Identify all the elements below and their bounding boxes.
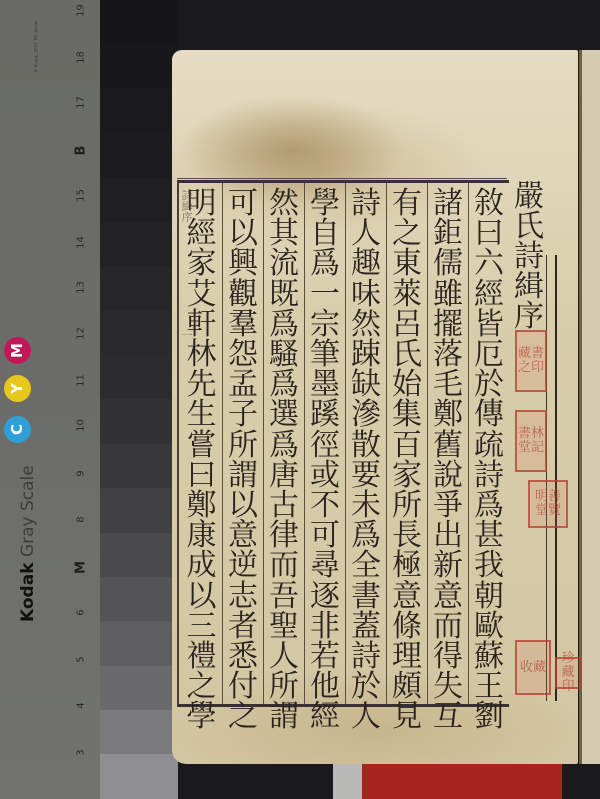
character: 墨 (310, 370, 340, 400)
character: 觀 (228, 280, 258, 310)
character: 滲 (351, 400, 381, 430)
character: 以 (228, 491, 258, 521)
character: 理 (392, 642, 422, 672)
character: 全 (351, 551, 381, 581)
scale-tick: 11 (76, 370, 87, 392)
gray-step (100, 577, 178, 621)
character: 非 (310, 612, 340, 642)
character: 厄 (474, 340, 504, 370)
kodak-gray-scale-label: Kodak Gray Scale (18, 502, 38, 622)
margin-note-page: 一 (180, 330, 194, 341)
title-character: 嚴 (514, 182, 544, 212)
character: 見 (392, 702, 422, 732)
character: 始 (392, 370, 422, 400)
character: 唐 (269, 461, 299, 491)
character: 生 (187, 400, 217, 430)
character: 古 (269, 491, 299, 521)
color-patch-c: C (4, 416, 31, 443)
character: 爲 (474, 491, 504, 521)
character: 流 (269, 249, 299, 279)
character: 頗 (392, 672, 422, 702)
frame-top-rule (177, 178, 507, 179)
character: 趣 (351, 249, 381, 279)
character: 之 (228, 702, 258, 732)
red-seal-stamp: 書林堂記 (515, 410, 547, 472)
character: 於 (474, 370, 504, 400)
character: 康 (187, 521, 217, 551)
character: 之 (392, 219, 422, 249)
character: 成 (187, 551, 217, 581)
character: 徑 (310, 431, 340, 461)
character: 尋 (310, 551, 340, 581)
character: 宗 (310, 310, 340, 340)
margin-character: 序 (182, 212, 193, 223)
gray-step (100, 710, 178, 754)
character: 曰 (187, 461, 217, 491)
character: 然 (269, 189, 299, 219)
character: 學 (187, 702, 217, 732)
character: 互 (433, 702, 463, 732)
character: 騷 (269, 340, 299, 370)
scale-tick: M (74, 557, 89, 579)
character: 詩 (351, 189, 381, 219)
text-column: 諸鉅儒雖擺落毛鄭舊說爭出新意而得失互 (427, 183, 468, 704)
character: 踈 (351, 340, 381, 370)
character: 經 (310, 702, 340, 732)
text-column: 可以興觀羣怨孟子所謂以意逆志者悉付之 (222, 183, 263, 704)
character: 筆 (310, 340, 340, 370)
character: 新 (433, 551, 463, 581)
character: 說 (433, 461, 463, 491)
character: 爭 (433, 491, 463, 521)
gray-steps (100, 0, 178, 799)
character: 艾 (187, 280, 217, 310)
character: 缺 (351, 370, 381, 400)
character: 以 (228, 219, 258, 249)
character: 集 (392, 400, 422, 430)
preface-title: 嚴氏詩緝序 (508, 182, 550, 332)
character: 一 (310, 280, 340, 310)
character: 爲 (269, 310, 299, 340)
character: 興 (228, 249, 258, 279)
character: 舊 (433, 431, 463, 461)
character: 吾 (269, 582, 299, 612)
character: 孟 (228, 370, 258, 400)
scale-tick: 10 (76, 415, 87, 437)
character: 或 (310, 461, 340, 491)
red-seal-stamp: 收藏 (515, 640, 551, 695)
scale-tick: 4 (76, 695, 87, 717)
margin-note-title: 詩緝序 (180, 190, 194, 223)
character: 禮 (187, 642, 217, 672)
character: 王 (474, 672, 504, 702)
character: 雖 (433, 280, 463, 310)
brand-name: Kodak (18, 563, 38, 623)
character: 鄭 (433, 400, 463, 430)
character: 然 (351, 310, 381, 340)
character: 詩 (351, 642, 381, 672)
scale-tick: 6 (76, 602, 87, 624)
character: 不 (310, 491, 340, 521)
character: 嘗 (187, 431, 217, 461)
gray-step (100, 444, 178, 488)
character: 人 (351, 219, 381, 249)
character: 以 (187, 582, 217, 612)
gray-step (100, 533, 178, 577)
character: 有 (392, 189, 422, 219)
character: 所 (392, 491, 422, 521)
character: 三 (187, 612, 217, 642)
character: 甚 (474, 521, 504, 551)
character: 意 (392, 582, 422, 612)
character: 先 (187, 370, 217, 400)
kodak-gray-scale-target: © Kodak, 2007 TM: Kodak 191817B151413121… (0, 0, 100, 799)
character: 落 (433, 340, 463, 370)
character: 林 (187, 340, 217, 370)
character: 諸 (433, 189, 463, 219)
text-frame: 敘曰六經皆厄於傳疏詩爲甚我朝歐蘇王劉諸鉅儒雖擺落毛鄭舊說爭出新意而得失互有之東萊… (177, 180, 509, 707)
character: 傳 (474, 400, 504, 430)
character: 六 (474, 249, 504, 279)
character: 學 (310, 189, 340, 219)
scale-tick: 5 (76, 649, 87, 671)
gray-step (100, 621, 178, 665)
gray-step (100, 89, 178, 133)
character: 毛 (433, 370, 463, 400)
character: 蓋 (351, 612, 381, 642)
character: 疏 (474, 431, 504, 461)
character: 怨 (228, 340, 258, 370)
scale-tick: 17 (76, 92, 87, 114)
title-character: 氏 (514, 212, 544, 242)
scale-tick: B (74, 140, 89, 162)
margin-character: 一 (182, 330, 193, 341)
character: 長 (392, 521, 422, 551)
character: 蹊 (310, 400, 340, 430)
gray-step (100, 399, 178, 443)
gray-step (100, 266, 178, 310)
character: 得 (433, 642, 463, 672)
character: 謂 (228, 461, 258, 491)
character: 人 (269, 642, 299, 672)
character: 選 (269, 400, 299, 430)
character: 味 (351, 280, 381, 310)
gray-step (100, 311, 178, 355)
scale-tick: 12 (76, 323, 87, 345)
red-seal-stamp: 珍藏印 (555, 657, 581, 689)
character: 儒 (433, 249, 463, 279)
character: 爲 (351, 521, 381, 551)
scale-tick: 3 (76, 742, 87, 764)
character: 百 (392, 431, 422, 461)
character: 家 (187, 249, 217, 279)
gray-step (100, 754, 178, 798)
text-column: 明經家艾軒林先生嘗曰鄭康成以三禮之學 (181, 183, 222, 704)
text-column: 詩人趣味然踈缺滲散要未爲全書蓋詩於人 (345, 183, 386, 704)
text-column: 有之東萊呂氏始集百家所長極意條理頗見 (386, 183, 427, 704)
character: 之 (187, 672, 217, 702)
frame-side-rules (546, 255, 557, 701)
character: 所 (228, 431, 258, 461)
character: 條 (392, 612, 422, 642)
character: 可 (228, 189, 258, 219)
character: 呂 (392, 310, 422, 340)
character: 謂 (269, 702, 299, 732)
character: 自 (310, 219, 340, 249)
character: 劉 (474, 702, 504, 732)
character: 志 (228, 582, 258, 612)
title-character: 序 (514, 302, 544, 332)
text-column: 然其流既爲騷爲選爲唐古律而吾聖人所謂 (263, 183, 304, 704)
background-red-cloth (362, 764, 562, 799)
character: 要 (351, 461, 381, 491)
red-seal-stamp: 明善堂覽 (528, 480, 568, 528)
character: 他 (310, 672, 340, 702)
character: 鄭 (187, 491, 217, 521)
character: 經 (474, 280, 504, 310)
character: 萊 (392, 280, 422, 310)
text-column: 學自爲一宗筆墨蹊徑或不可尋逐非若他經 (304, 183, 345, 704)
character: 未 (351, 491, 381, 521)
character: 者 (228, 612, 258, 642)
character: 氏 (392, 340, 422, 370)
adjacent-page-edge (579, 50, 600, 764)
character: 子 (228, 400, 258, 430)
scale-tick: 15 (76, 185, 87, 207)
scale-tick: 9 (76, 463, 87, 485)
scale-tick: 19 (76, 0, 87, 22)
character: 詩 (474, 461, 504, 491)
character: 若 (310, 642, 340, 672)
gray-step (100, 222, 178, 266)
character: 逐 (310, 582, 340, 612)
background-gray-strip (333, 764, 363, 799)
scale-name: Gray Scale (18, 465, 38, 557)
character: 羣 (228, 310, 258, 340)
title-character: 緝 (514, 272, 544, 302)
scale-tick: 14 (76, 232, 87, 254)
gray-step (100, 178, 178, 222)
copyright-note: © Kodak, 2007 TM: Kodak (34, 13, 39, 73)
character: 朝 (474, 582, 504, 612)
gray-step (100, 44, 178, 88)
text-columns: 敘曰六經皆厄於傳疏詩爲甚我朝歐蘇王劉諸鉅儒雖擺落毛鄭舊說爭出新意而得失互有之東萊… (179, 183, 509, 704)
character: 擺 (433, 310, 463, 340)
character: 於 (351, 672, 381, 702)
character: 極 (392, 551, 422, 581)
text-column: 敘曰六經皆厄於傳疏詩爲甚我朝歐蘇王劉 (468, 183, 509, 704)
character: 付 (228, 672, 258, 702)
color-patch-m: M (4, 337, 31, 364)
scale-tick: 13 (76, 277, 87, 299)
character: 敘 (474, 189, 504, 219)
gray-step (100, 488, 178, 532)
character: 所 (269, 672, 299, 702)
character: 爲 (310, 249, 340, 279)
character: 律 (269, 521, 299, 551)
character: 書 (351, 582, 381, 612)
character: 失 (433, 672, 463, 702)
character: 人 (351, 702, 381, 732)
character: 意 (228, 521, 258, 551)
character: 家 (392, 461, 422, 491)
character: 鉅 (433, 219, 463, 249)
character: 爲 (269, 431, 299, 461)
scale-tick: 18 (76, 47, 87, 69)
gray-step (100, 133, 178, 177)
character: 其 (269, 219, 299, 249)
title-character: 詩 (514, 242, 544, 272)
character: 而 (269, 551, 299, 581)
red-seal-stamp: 藏書之印 (515, 330, 547, 392)
color-patch-y: Y (4, 375, 31, 402)
gray-step (100, 666, 178, 710)
character: 曰 (474, 219, 504, 249)
character: 而 (433, 612, 463, 642)
character: 蘇 (474, 642, 504, 672)
character: 皆 (474, 310, 504, 340)
character: 意 (433, 582, 463, 612)
character: 可 (310, 521, 340, 551)
character: 逆 (228, 551, 258, 581)
character: 既 (269, 280, 299, 310)
character: 聖 (269, 612, 299, 642)
character: 我 (474, 551, 504, 581)
character: 東 (392, 249, 422, 279)
character: 歐 (474, 612, 504, 642)
character: 悉 (228, 642, 258, 672)
scale-tick: 8 (76, 509, 87, 531)
gray-step (100, 355, 178, 399)
character: 出 (433, 521, 463, 551)
character: 爲 (269, 370, 299, 400)
gray-step (100, 0, 178, 44)
character: 散 (351, 431, 381, 461)
